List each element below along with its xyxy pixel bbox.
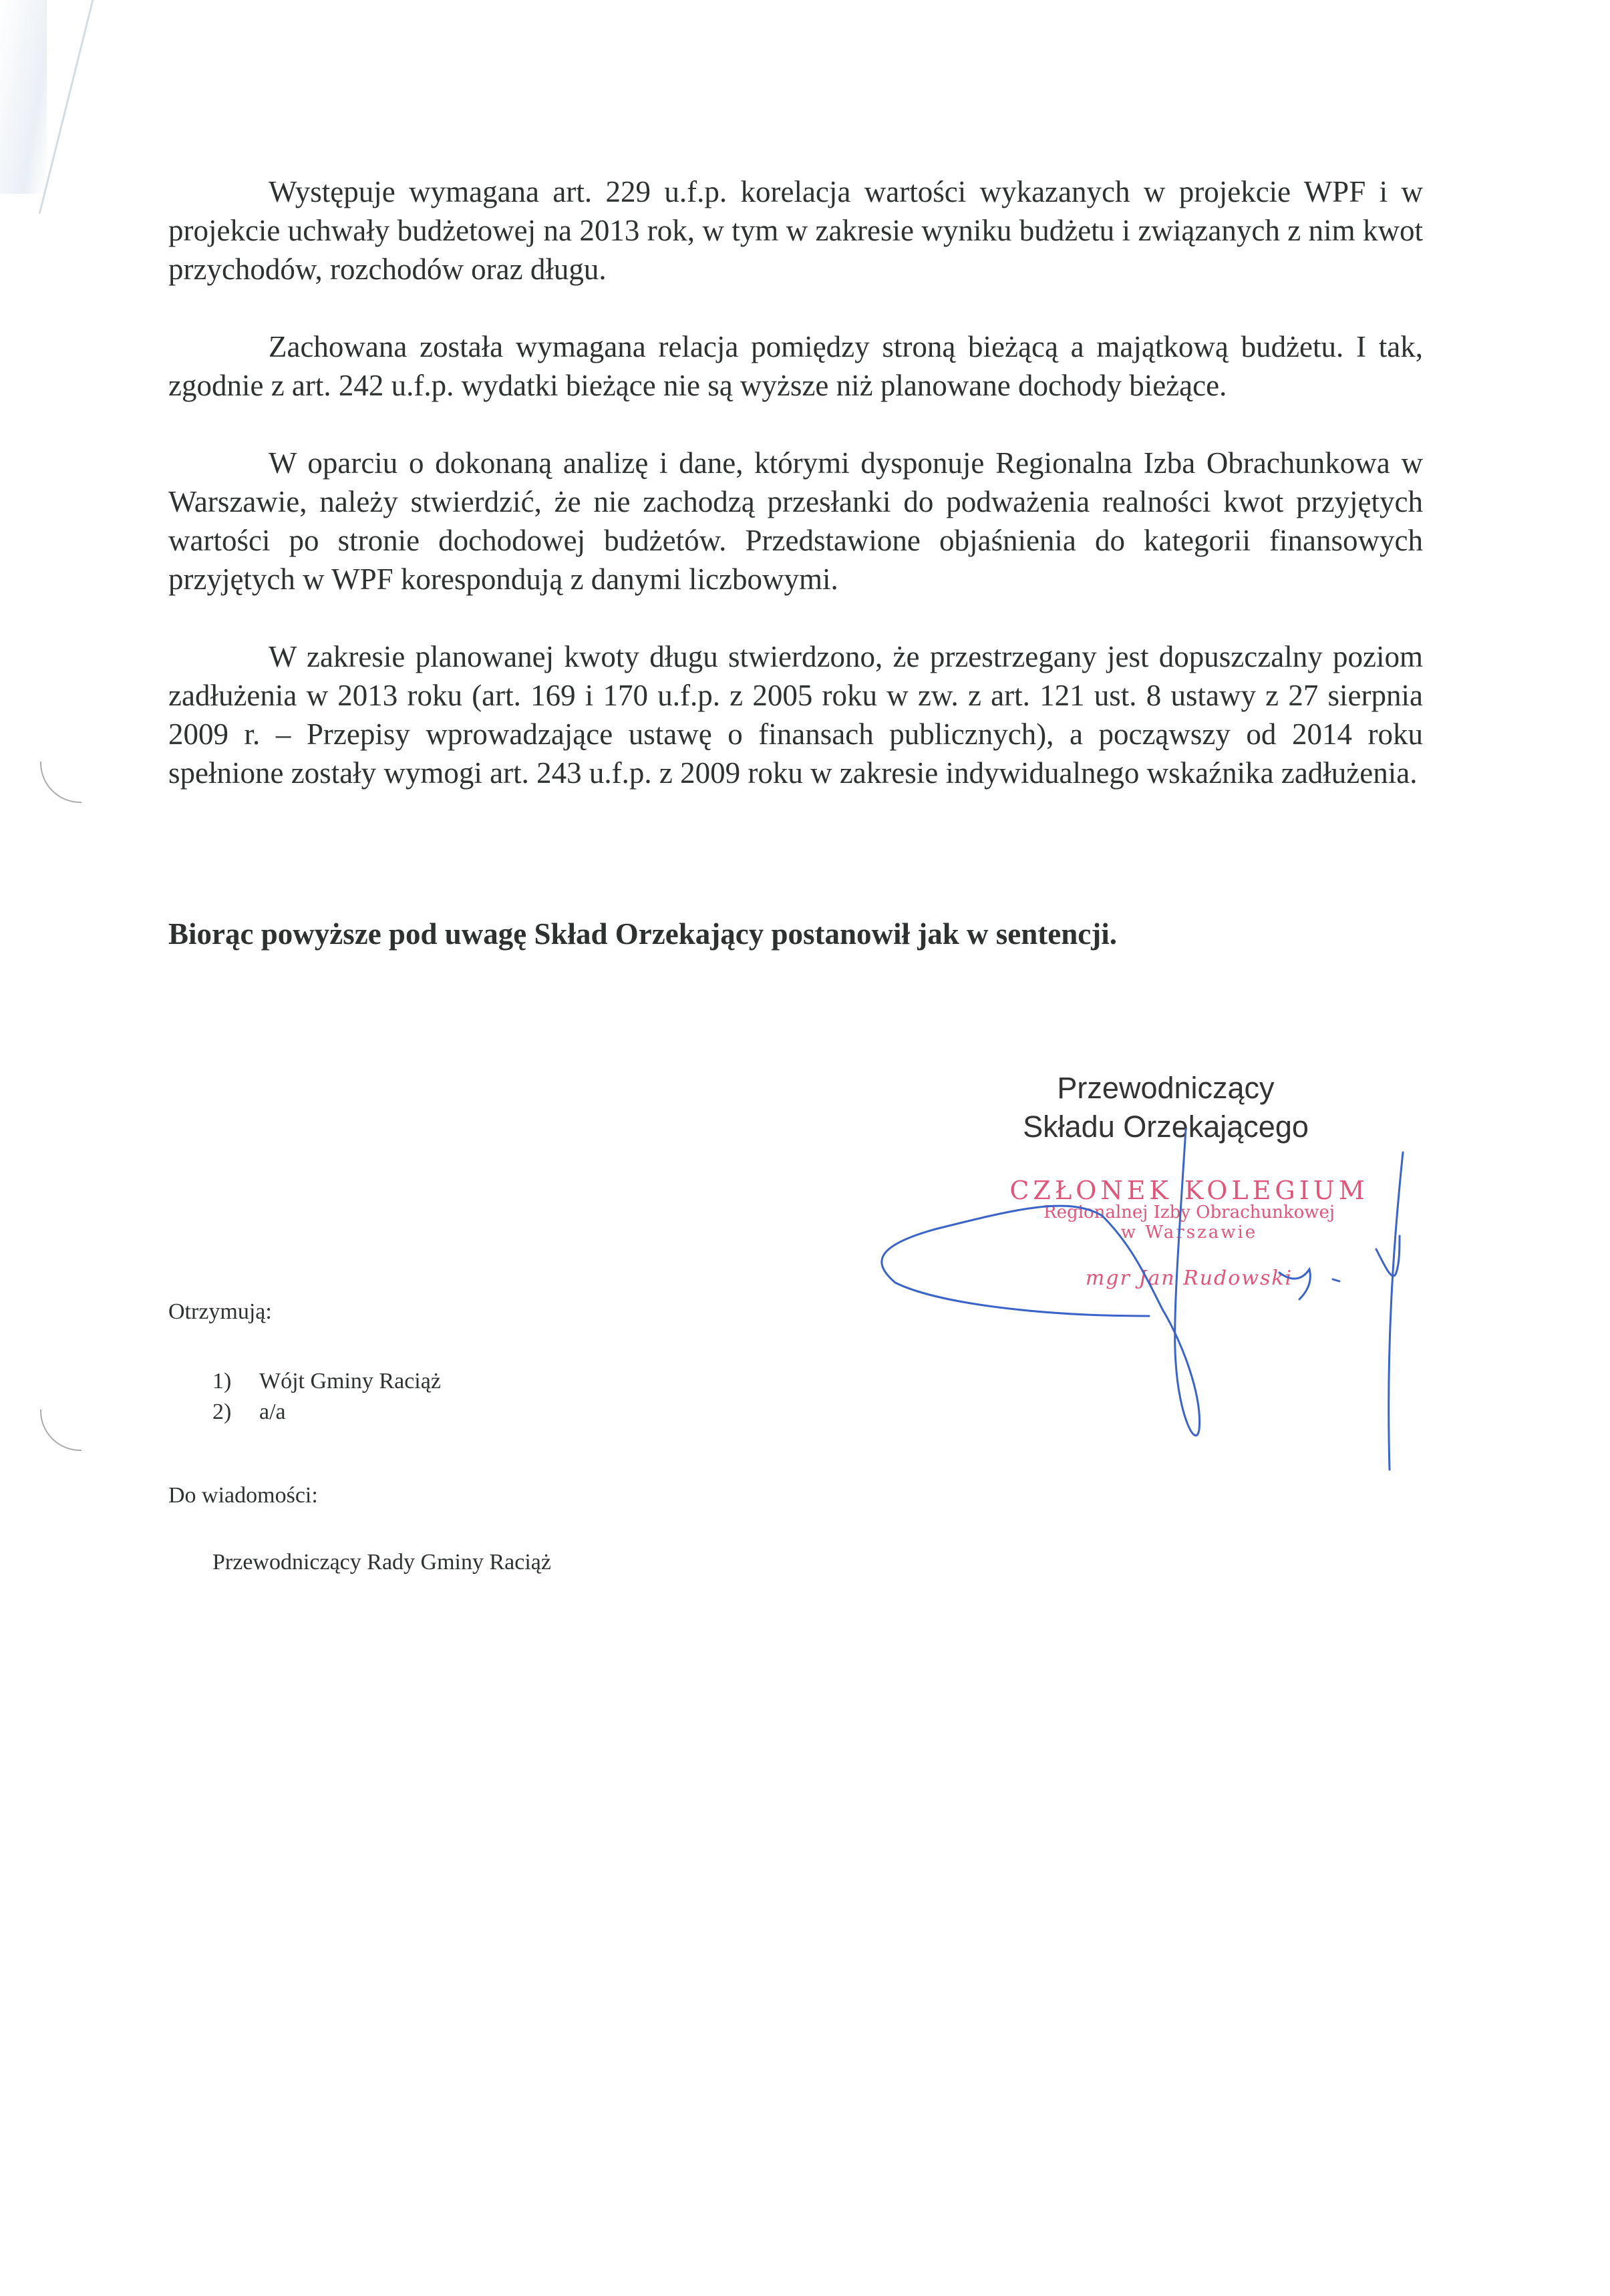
handwritten-signature-icon bbox=[0, 0, 1610, 2296]
cc-section: Do wiadomości: Przewodniczący Rady Gminy… bbox=[168, 1483, 551, 1575]
list-item: 2)a/a bbox=[212, 1397, 441, 1428]
recipients-heading: Otrzymują: bbox=[168, 1299, 441, 1325]
list-item: 1)Wójt Gminy Raciąż bbox=[212, 1366, 441, 1397]
cc-item: Przewodniczący Rady Gminy Raciąż bbox=[212, 1550, 551, 1575]
cc-heading: Do wiadomości: bbox=[168, 1483, 551, 1508]
document-page: Występuje wymagana art. 229 u.f.p. korel… bbox=[0, 0, 1610, 2296]
recipients-section: Otrzymują: 1)Wójt Gminy Raciąż 2)a/a bbox=[168, 1299, 441, 1428]
recipients-list: 1)Wójt Gminy Raciąż 2)a/a bbox=[212, 1366, 441, 1428]
